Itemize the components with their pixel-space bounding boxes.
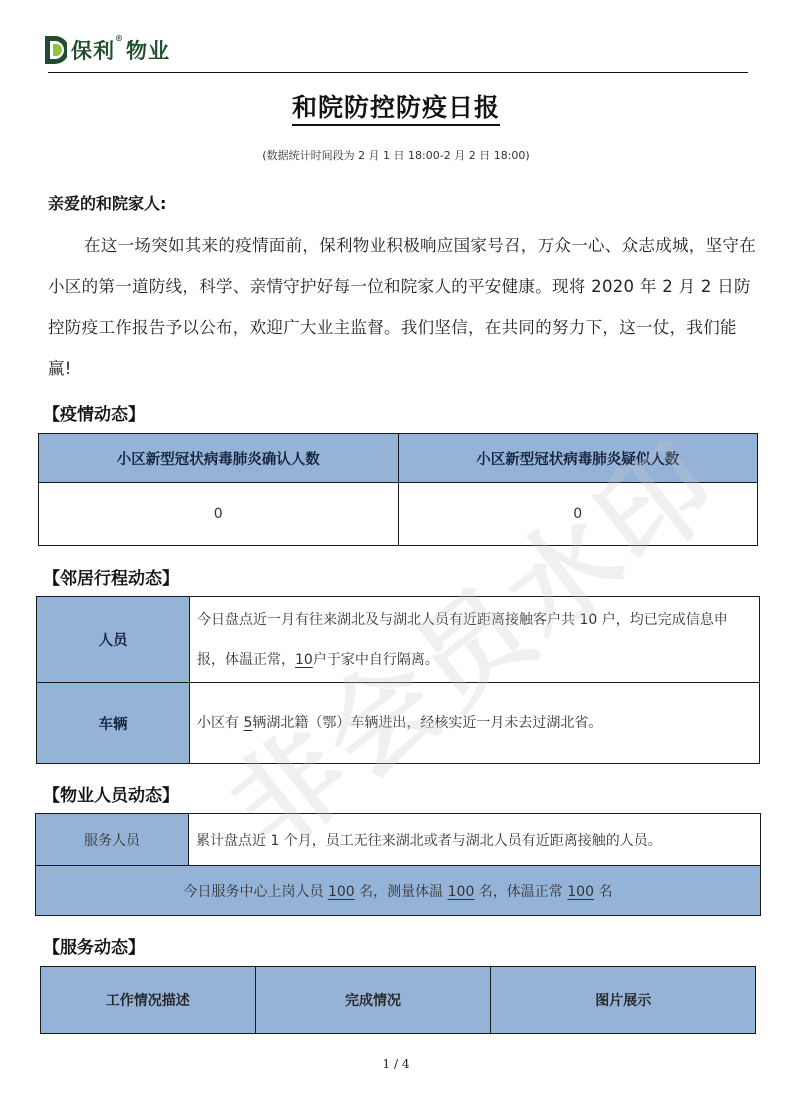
company-logo: 保利 ® 物业: [45, 34, 170, 66]
staff-summary: 今日服务中心上岗人员 100 名，测量体温 100 名，体温正常 100 名: [36, 866, 761, 916]
header-confirmed: 小区新型冠状病毒肺炎确认人数: [39, 434, 399, 483]
logo-mark-icon: [45, 36, 67, 64]
header-divider: [48, 72, 748, 73]
row-label-vehicles: 车辆: [37, 683, 190, 764]
greeting: 亲爱的和院家人:: [48, 191, 166, 214]
section-title-neighbors: 【邻居行程动态】: [43, 564, 179, 589]
row-label-service-staff: 服务人员: [36, 814, 189, 866]
header-work-description: 工作情况描述: [41, 967, 256, 1034]
logo-suffix: 物业: [126, 35, 170, 65]
staff-table: 服务人员 累计盘点近 1 个月，员工无往来湖北或者与湖北人员有近距离接触的人员。…: [35, 813, 761, 916]
value-suspected: 0: [398, 483, 758, 546]
epidemic-table: 小区新型冠状病毒肺炎确认人数 小区新型冠状病毒肺炎疑似人数 0 0: [38, 433, 758, 546]
row-text-people: 今日盘点近一月有往来湖北及与湖北人员有近距离接触客户共 10 户，均已完成信息申…: [190, 597, 760, 683]
registered-mark: ®: [115, 33, 124, 43]
row-label-people: 人员: [37, 597, 190, 683]
quarantine-count: 10: [295, 652, 313, 668]
section-title-service: 【服务动态】: [43, 933, 145, 958]
page-title: 和院防控防疫日报: [0, 88, 792, 124]
logo-brand: 保利: [71, 35, 115, 65]
header-suspected: 小区新型冠状病毒肺炎疑似人数: [398, 434, 758, 483]
service-table: 工作情况描述 完成情况 图片展示: [40, 966, 756, 1034]
neighbors-table: 人员 今日盘点近一月有往来湖北及与湖北人员有近距离接触客户共 10 户，均已完成…: [36, 596, 760, 764]
section-title-epidemic: 【疫情动态】: [43, 400, 145, 425]
logo-text: 保利 ® 物业: [71, 35, 170, 65]
header-completion: 完成情况: [255, 967, 491, 1034]
header-photos: 图片展示: [491, 967, 756, 1034]
intro-paragraph: 在这一场突如其来的疫情面前，保利物业积极响应国家号召，万众一心、众志成城，坚守在…: [48, 225, 758, 389]
row-text-service-staff: 累计盘点近 1 个月，员工无往来湖北或者与湖北人员有近距离接触的人员。: [189, 814, 761, 866]
section-title-staff: 【物业人员动态】: [43, 781, 179, 806]
date-range-note: (数据统计时间段为 2 月 1 日 18:00-2 月 2 日 18:00): [0, 147, 792, 163]
value-confirmed: 0: [39, 483, 399, 546]
page-number: 1 / 4: [0, 1057, 792, 1071]
row-text-vehicles: 小区有 5辆湖北籍（鄂）车辆进出，经核实近一月未去过湖北省。: [190, 683, 760, 764]
